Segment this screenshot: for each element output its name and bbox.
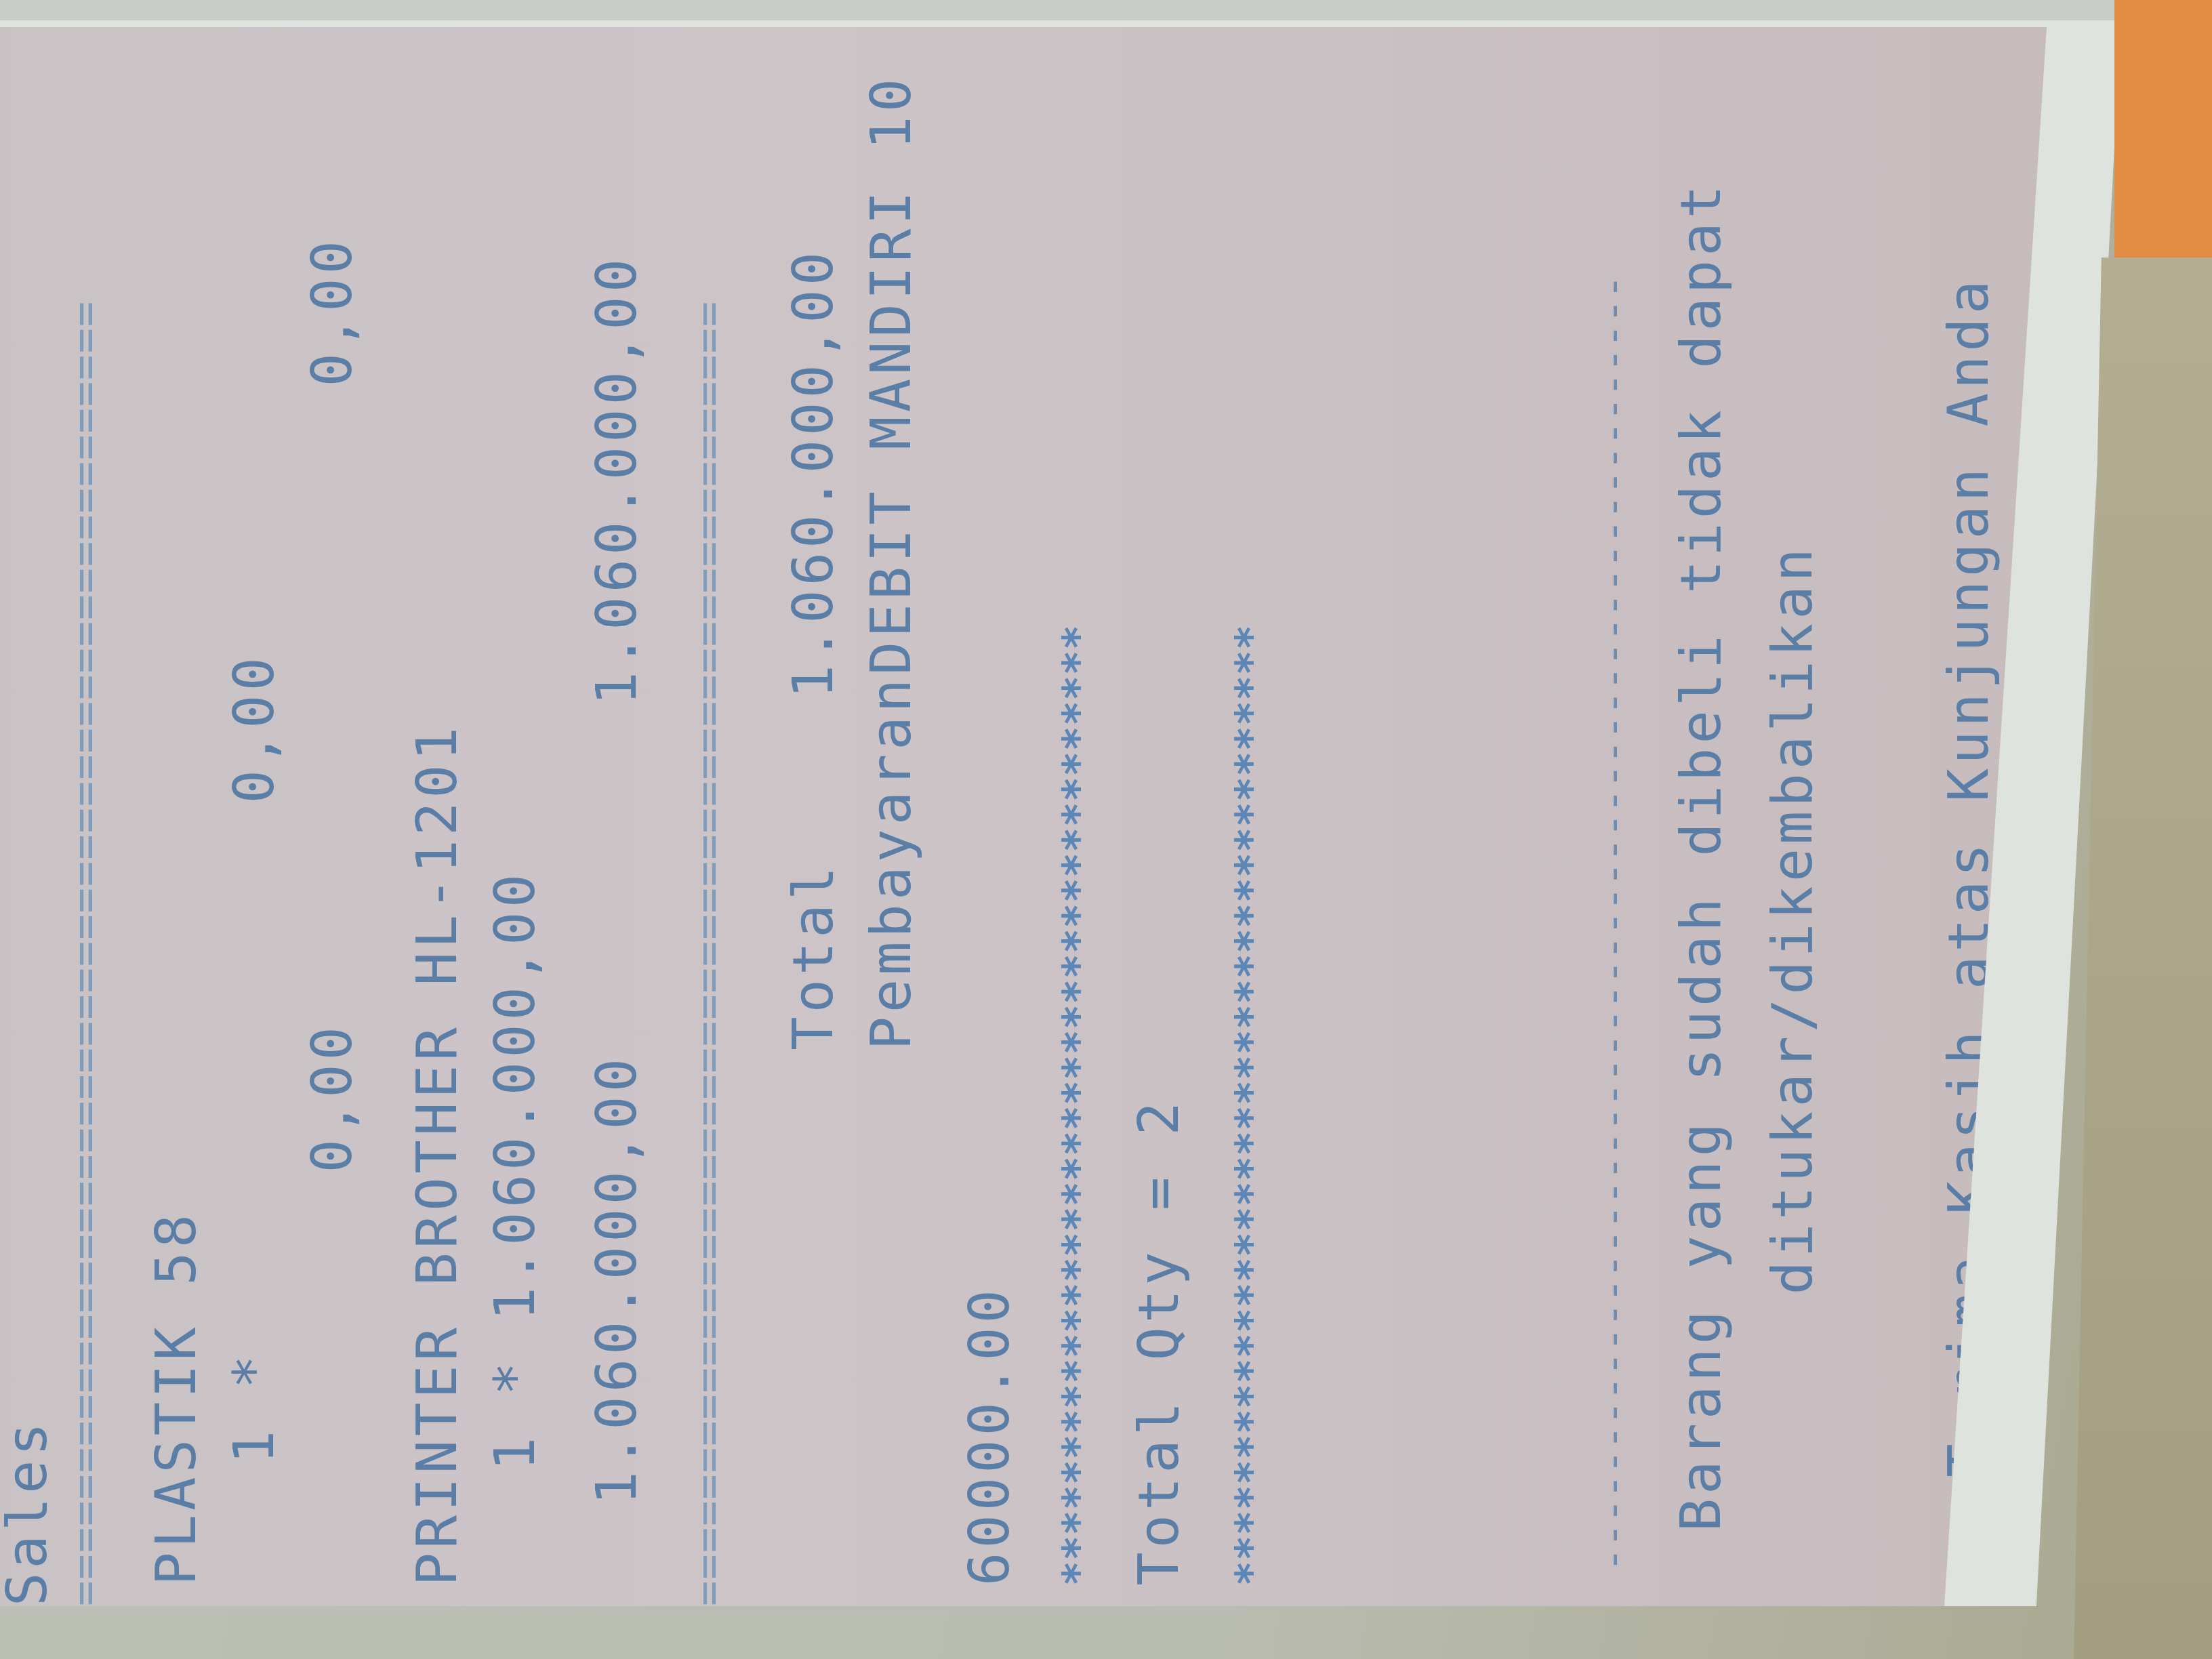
item-1-discount: 0,00 bbox=[305, 1023, 361, 1172]
item-1-subtotal: 0,00 bbox=[305, 237, 361, 386]
separator-stars-top: ************************************** bbox=[1057, 625, 1099, 1586]
payment-amount: 60000.00 bbox=[962, 1286, 1018, 1586]
item-1-unit-price: 0,00 bbox=[227, 653, 283, 803]
total-qty: Total Qty = 2 bbox=[1132, 1098, 1187, 1586]
item-1-name: PLASTIK 58 bbox=[149, 1210, 205, 1586]
item-1-qty: 1 * bbox=[227, 1351, 283, 1464]
item-2-discount: 1.060.000,00 bbox=[590, 1054, 645, 1504]
separator-double-middle: ========================================… bbox=[688, 54, 730, 1606]
separator-stars-bottom: ************************************** bbox=[1230, 625, 1272, 1586]
item-2-name: PRINTER BROTHER HL-1201 bbox=[410, 723, 466, 1586]
footer-note-line-1: Barang yang sudah dibeli tidak dapat bbox=[1674, 181, 1729, 1532]
separator-dash: ----------------------------------------… bbox=[1593, 274, 1633, 1572]
receipt: Sales ==================================… bbox=[0, 27, 2047, 1606]
orange-sticky-note bbox=[2114, 0, 2212, 260]
total-label: Total bbox=[786, 863, 842, 1050]
item-2-subtotal: 1.060.000,00 bbox=[590, 255, 645, 705]
footer-note-line-2: ditukar/dikembalikan bbox=[1765, 544, 1821, 1294]
item-2-qty: 1 * 1.060.000,00 bbox=[488, 870, 544, 1471]
header-partial-text: Sales bbox=[0, 183, 56, 1606]
separator-double-top: ========================================… bbox=[64, 54, 106, 1606]
total-value: 1.060.000,00 bbox=[786, 248, 842, 698]
payment-method: PembayaranDEBIT MANDIRI 10 bbox=[864, 75, 920, 1050]
